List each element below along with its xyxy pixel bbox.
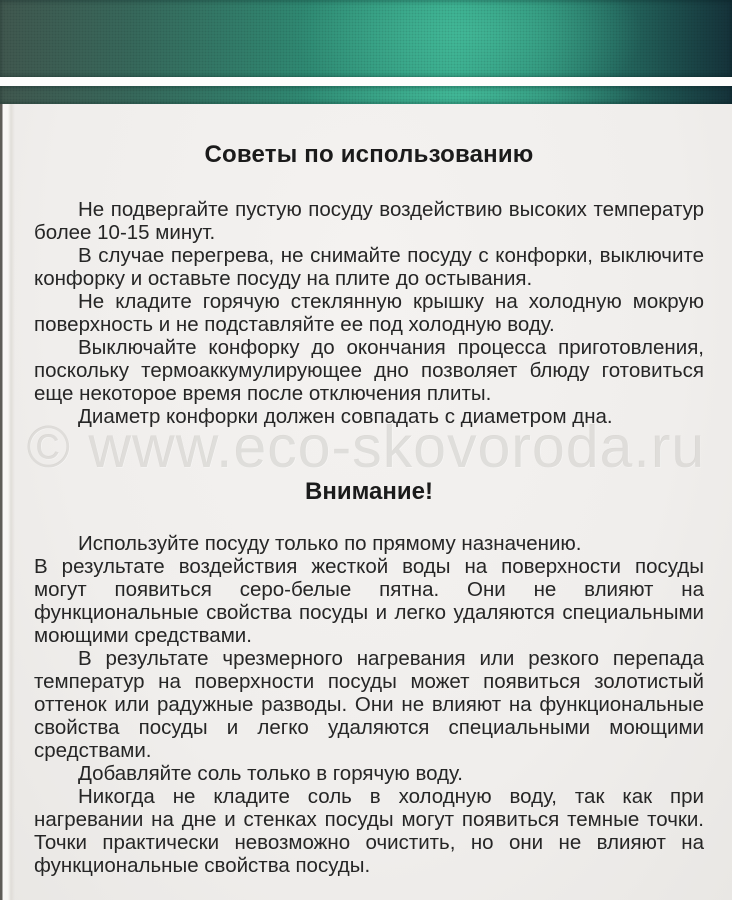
tip-paragraph: В случае перегрева, не снимайте посуду с… xyxy=(34,244,704,290)
usage-tips-section: Не подвергайте пустую посуду воздействию… xyxy=(34,198,704,428)
tip-paragraph: Диаметр конфорки должен совпадать с диам… xyxy=(34,405,704,428)
tip-paragraph: Выключайте конфорку до окончания процесс… xyxy=(34,336,704,405)
tip-paragraph: Не кладите горячую стеклянную крышку на … xyxy=(34,290,704,336)
warning-paragraph: Используйте посуду только по прямому наз… xyxy=(34,532,704,555)
warning-paragraph: Никогда не кладите соль в холодную воду,… xyxy=(34,785,704,877)
green-gradient-thin-band xyxy=(0,86,732,104)
header-band xyxy=(0,0,732,104)
warning-paragraph: В результате чрезмерного нагревания или … xyxy=(34,647,704,762)
warning-paragraph: Добавляйте соль только в горячую воду. xyxy=(34,762,704,785)
warning-paragraph: В результате воздействия жесткой воды на… xyxy=(34,555,704,647)
page-title: Советы по использованию xyxy=(34,141,704,169)
white-accent-stripe xyxy=(0,77,732,86)
document-body: Советы по использованию Не подвергайте п… xyxy=(0,104,732,877)
attention-heading: Внимание! xyxy=(34,478,704,506)
tip-paragraph: Не подвергайте пустую посуду воздействию… xyxy=(34,198,704,244)
green-gradient-band xyxy=(0,0,732,77)
attention-section: Используйте посуду только по прямому наз… xyxy=(34,532,704,877)
